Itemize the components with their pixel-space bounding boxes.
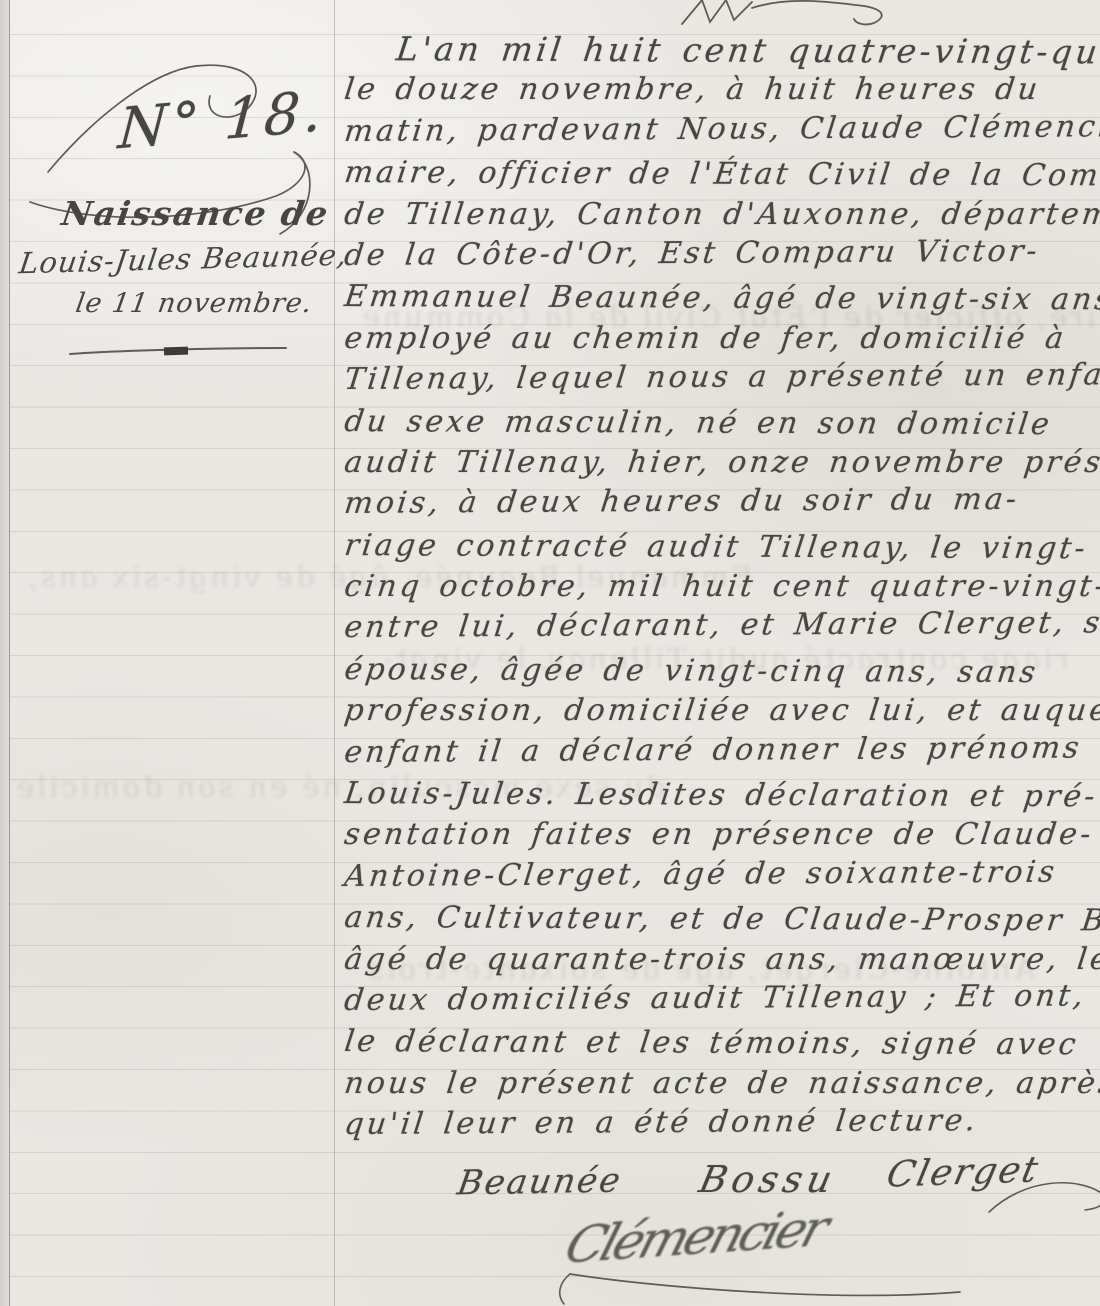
body-line: de Tillenay, Canton d'Auxonne, départeme…	[342, 194, 1100, 235]
body-line: deux domiciliés audit Tillenay ; Et ont,	[342, 975, 1100, 1021]
signature-beaunee: Beaunée	[455, 1161, 625, 1204]
body-line: mois, à deux heures du soir du ma-	[342, 479, 1100, 525]
margin-event-label: Naissance de	[59, 194, 332, 233]
previous-act-signature-flourish-icon	[668, 0, 918, 30]
body-line: Louis-Jules. Lesdites déclaration et pré…	[342, 773, 1100, 818]
body-line: âgé de quarante-trois ans, manœuvre, les	[342, 939, 1100, 980]
body-line: profession, domiciliée avec lui, et auqu…	[342, 690, 1100, 731]
body-line: ans, Cultivateur, et de Claude-Prosper B…	[342, 897, 1100, 942]
act-body-text: L'an mil huit cent quatre-vingt-quatre,l…	[342, 28, 1100, 1146]
body-line: employé au chemin de fer, domicilié à	[342, 318, 1100, 359]
body-line: le douze novembre, à huit heures du	[342, 69, 1100, 110]
act-number: N° 18.	[116, 79, 328, 163]
body-line: Antoine-Clerget, âgé de soixante-trois	[342, 851, 1100, 897]
body-line: riage contracté audit Tillenay, le vingt…	[342, 525, 1100, 570]
body-line: cinq octobre, mil huit cent quatre-vingt…	[342, 566, 1100, 607]
margin-person-name: Louis-Jules Beaunée,	[17, 238, 350, 281]
body-line: de la Côte-d'Or, Est Comparu Victor-	[342, 230, 1100, 276]
margin-rule-line	[334, 0, 335, 1306]
signature-mayor: Clémencier	[559, 1199, 832, 1274]
body-line: maire, officier de l'État Civil de la Co…	[342, 152, 1100, 197]
body-line: entre lui, déclarant, et Marie Clerget, …	[342, 603, 1100, 649]
body-line: nous le présent acte de naissance, après	[342, 1063, 1100, 1104]
margin-divider-icon	[66, 344, 290, 360]
signature-clerget: Clerget	[883, 1149, 1043, 1195]
body-line: enfant il a déclaré donner les prénoms	[342, 727, 1100, 773]
signature-bossu: Bossu	[695, 1158, 840, 1201]
body-line: matin, pardevant Nous, Claude Clémencier	[342, 106, 1100, 152]
body-line: du sexe masculin, né en son domicile	[342, 401, 1100, 446]
body-line: Emmanuel Beaunée, âgé de vingt-six ans,	[342, 276, 1100, 321]
body-line: audit Tillenay, hier, onze novembre prés…	[342, 442, 1100, 483]
body-line: épouse, âgée de vingt-cinq ans, sans	[342, 649, 1100, 694]
register-page: N° 18. Naissance de Louis-Jules Beaunée,…	[0, 0, 1100, 1306]
binding-gutter-edge	[0, 0, 10, 1306]
margin-event-date: le 11 novembre.	[74, 288, 315, 319]
body-line: sentation faites en présence de Claude-	[342, 814, 1100, 855]
body-line: L'an mil huit cent quatre-vingt-quatre,	[342, 28, 1100, 73]
body-line: Tillenay, lequel nous a présenté un enfa…	[342, 354, 1100, 400]
body-line: le déclarant et les témoins, signé avec	[342, 1021, 1100, 1066]
body-line: qu'il leur en a été donné lecture.	[342, 1100, 1100, 1146]
